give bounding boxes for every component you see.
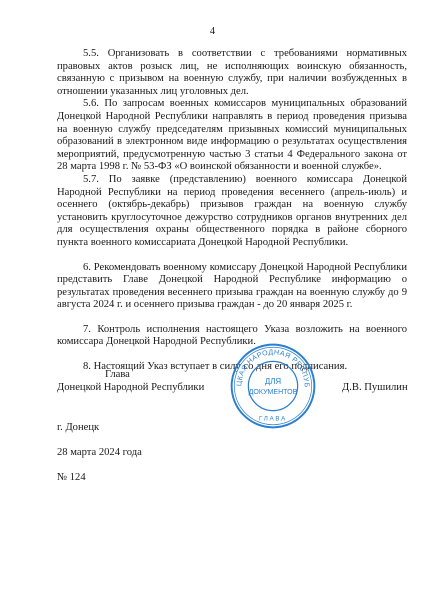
svg-text:ДОКУМЕНТОВ: ДОКУМЕНТОВ: [249, 389, 298, 396]
svg-text:ГЛАВА: ГЛАВА: [259, 415, 287, 422]
signature-title-line2: Донецкой Народной Республики: [57, 382, 204, 393]
date: 28 марта 2024 года: [57, 447, 142, 458]
svg-text:ДЛЯ: ДЛЯ: [265, 377, 282, 386]
paragraph-6: 6. Рекомендовать военному комиссару Доне…: [57, 262, 407, 312]
paragraph-5-5: 5.5. Организовать в соответствии с требо…: [57, 48, 407, 98]
decree-number: № 124: [57, 472, 86, 483]
signature-title: Глава Донецкой Народной Республики: [57, 368, 204, 394]
page-number: 4: [0, 26, 425, 37]
paragraph-5-6: 5.6. По запросам военных комиссаров муни…: [57, 98, 407, 174]
city: г. Донецк: [57, 422, 99, 433]
document-body: 5.5. Организовать в соответствии с требо…: [57, 48, 407, 374]
paragraph-5-7: 5.7. По заявке (представлению) военного …: [57, 174, 407, 250]
signature-title-line1: Глава: [57, 368, 204, 381]
signatory-name: Д.В. Пушилин: [342, 381, 408, 394]
official-stamp-icon: ДОНЕЦКАЯ НАРОДНАЯ РЕСПУБЛИКА ГЛАВА ДЛЯ Д…: [229, 342, 317, 430]
